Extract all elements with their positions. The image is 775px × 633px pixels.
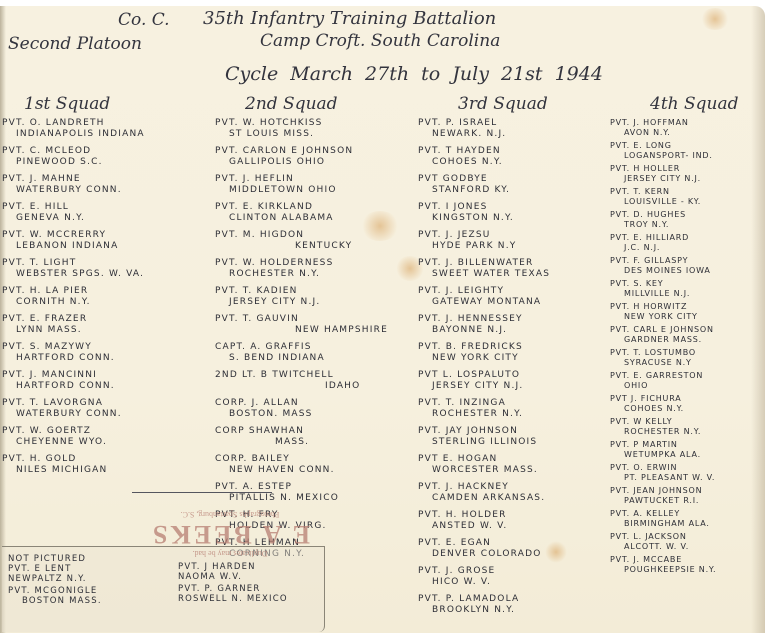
divider-line	[132, 492, 272, 493]
roster-entry: Pvt. Carlon E JohnsonGallipolis Ohio	[215, 146, 410, 168]
roster-entry: Corp. J. AllanBoston. Mass	[215, 398, 410, 420]
roster-entry: Pvt. T. KadienJersey City N.J.	[215, 286, 410, 308]
roster-entry: Pvt. E. HillGeneva N.Y.	[2, 202, 202, 224]
roster-entry: Pvt. O. ErwinPt. Pleasant W. V.	[610, 463, 760, 482]
roster-entry: Pvt. J. MancinniHartford Conn.	[2, 370, 202, 392]
roster-entry: Pvt. P. GarnerRoswell N. Mexico	[178, 584, 328, 604]
roster-entry: Pvt. L. JacksonAlcott. W. V.	[610, 532, 760, 551]
roster-entry: Corp. BaileyNew Haven Conn.	[215, 454, 410, 476]
roster-entry: Pvt. J. LeightyGateway Montana	[418, 286, 608, 308]
roster-entry: Pvt. Jean JohnsonPawtucket R.I.	[610, 486, 760, 505]
stain	[700, 8, 730, 30]
roster-entry: Pvt. E. HilliardJ.C. N.J.	[610, 233, 760, 252]
roster-entry: Pvt. E. LongLogansport- Ind.	[610, 141, 760, 160]
roster-entry: Pvt. Jay JohnsonSterling Illinois	[418, 426, 608, 448]
photo-back-paper: Co. C. 35th Infantry Training Battalion …	[0, 6, 765, 633]
roster-entry: Pvt. P. LamadolaBrooklyn N.Y.	[418, 594, 608, 616]
roster-entry: Capt. A. GraffisS. Bend Indiana	[215, 342, 410, 364]
roster-entry: Pvt. S. MazywyHartford Conn.	[2, 342, 202, 364]
roster-entry: Pvt. E. GarrestonOhio	[610, 371, 760, 390]
photographer-stamp: Duplicates may be had. E A BEEKS Photogr…	[125, 506, 335, 558]
roster-entry: Pvt. T. LavorgnaWaterbury Conn.	[2, 398, 202, 420]
roster-entry: Pvt. McGonigleBoston Mass.	[8, 586, 158, 606]
squad-3-title: 3rd Squad	[418, 94, 608, 114]
cycle-dates: Cycle March 27th to July 21st 1944	[225, 63, 603, 85]
roster-entry: Pvt. J HardenNaoma W.V.	[178, 562, 328, 582]
squad-4-column: 4th Squad Pvt. J. HoffmanAvon N.Y. Pvt. …	[610, 94, 760, 578]
platoon-label: Second Platoon	[8, 34, 142, 54]
roster-entry: Pvt. O. LandrethIndianapolis Indiana	[2, 118, 202, 140]
roster-entry: Pvt. W KellyRochester N.Y.	[610, 417, 760, 436]
squad-3-list: Pvt. P. IsraelNewark. N.J. Pvt. T Hayden…	[418, 118, 608, 616]
roster-entry: Pvt. T. GauvinNew Hampshire	[215, 314, 410, 336]
roster-entry: Pvt. W. HoldernessRochester N.Y.	[215, 258, 410, 280]
roster-entry: Pvt. W. McCrerryLebanon Indiana	[2, 230, 202, 252]
squad-2-list: Pvt. W. HotchkissSt Louis Miss. Pvt. Car…	[215, 118, 410, 560]
roster-entry: 2nd Lt. B TwitchellIdaho	[215, 370, 410, 392]
roster-entry: Pvt. J. HennesseyBayonne N.J.	[418, 314, 608, 336]
roster-entry: Pvt. T HaydenCohoes N.Y.	[418, 146, 608, 168]
roster-entry: Pvt. C. McLeodPinewood S.C.	[2, 146, 202, 168]
not-pictured-label: Not Pictured	[8, 554, 158, 564]
roster-entry: Pvt. T. LostumboSyracuse N.Y	[610, 348, 760, 367]
location-label: Camp Croft. South Carolina	[260, 31, 500, 51]
roster-entry: Pvt. J. JezsuHyde Park N.Y	[418, 230, 608, 252]
roster-entry: Pvt GodbyeStanford Ky.	[418, 174, 608, 196]
squad-1-title: 1st Squad	[2, 94, 202, 114]
roster-entry: Pvt. I JonesKingston N.Y.	[418, 202, 608, 224]
roster-entry: Pvt. P MartinWetumpka Ala.	[610, 440, 760, 459]
roster-entry: Pvt. E. FrazerLynn Mass.	[2, 314, 202, 336]
company-label: Co. C.	[118, 10, 170, 30]
roster-entry: Pvt. J. MahneWaterbury Conn.	[2, 174, 202, 196]
roster-entry: Pvt L. LospalutoJersey City N.J.	[418, 370, 608, 392]
roster-entry: Pvt. P. IsraelNewark. N.J.	[418, 118, 608, 140]
squad-4-list: Pvt. J. HoffmanAvon N.Y. Pvt. E. LongLog…	[610, 118, 760, 574]
unit-title: 35th Infantry Training Battalion	[203, 8, 496, 29]
roster-entry: Pvt. J. HoffmanAvon N.Y.	[610, 118, 760, 137]
roster-entry: Pvt. H HorwitzNew York City	[610, 302, 760, 321]
roster-entry: Pvt J. FichuraCohoes N.Y.	[610, 394, 760, 413]
roster-entry: Pvt. A. KelleyBirmingham Ala.	[610, 509, 760, 528]
squad-2-title: 2nd Squad	[215, 94, 410, 114]
roster-entry: Pvt. M. HigdonKentucky	[215, 230, 410, 252]
roster-entry: Pvt. J. BillenwaterSweet Water Texas	[418, 258, 608, 280]
roster-entry: Pvt. D. HughesTroy N.Y.	[610, 210, 760, 229]
roster-entry: Corp ShawhanMass.	[215, 426, 410, 448]
squad-3-column: 3rd Squad Pvt. P. IsraelNewark. N.J. Pvt…	[418, 94, 608, 622]
roster-entry: Pvt. J. HackneyCamden Arkansas.	[418, 482, 608, 504]
roster-entry: Pvt. J. HeflinMiddletown Ohio	[215, 174, 410, 196]
roster-entry: Pvt. A. EstepPitallis N. Mexico	[215, 482, 410, 504]
roster-entry: Pvt. H HollerJersey City N.J.	[610, 164, 760, 183]
roster-entry: Pvt. H. GoldNiles Michigan	[2, 454, 202, 476]
roster-entry: Pvt E. HoganWorcester Mass.	[418, 454, 608, 476]
squad-2-column: 2nd Squad Pvt. W. HotchkissSt Louis Miss…	[215, 94, 410, 566]
roster-entry: Pvt. W. GoertzCheyenne Wyo.	[2, 426, 202, 448]
roster-entry: Pvt. T. LightWebster Spgs. W. Va.	[2, 258, 202, 280]
squad-1-list: Pvt. O. LandrethIndianapolis Indiana Pvt…	[2, 118, 202, 476]
roster-entry: Pvt. H. La PierCornith N.Y.	[2, 286, 202, 308]
roster-entry: Pvt. W. HotchkissSt Louis Miss.	[215, 118, 410, 140]
roster-entry: Pvt. S. KeyMillville N.J.	[610, 279, 760, 298]
roster-entry: Pvt. E. KirklandClinton Alabama	[215, 202, 410, 224]
roster-entry: Pvt. J. GroseHico W. V.	[418, 566, 608, 588]
roster-entry: Pvt. Carl E JohnsonGardner Mass.	[610, 325, 760, 344]
roster-entry: Pvt. T. KernLouisville - Ky.	[610, 187, 760, 206]
not-pictured-right: Pvt. J HardenNaoma W.V. Pvt. P. GarnerRo…	[178, 562, 328, 606]
squad-1-column: 1st Squad Pvt. O. LandrethIndianapolis I…	[2, 94, 202, 482]
roster-entry: Pvt. T. InzingaRochester N.Y.	[418, 398, 608, 420]
squad-4-title: 4th Squad	[610, 94, 760, 114]
roster-entry: Pvt. E. EganDenver Colorado	[418, 538, 608, 560]
roster-entry: Pvt. B. FredricksNew York City	[418, 342, 608, 364]
not-pictured-left: Not Pictured Pvt. E LentNewpaltz N.Y. Pv…	[8, 554, 158, 608]
roster-entry: Pvt. H. HolderAnsted W. V.	[418, 510, 608, 532]
roster-entry: Pvt. E LentNewpaltz N.Y.	[8, 564, 158, 584]
roster-entry: Pvt. J. McCabePoughkeepsie N.Y.	[610, 555, 760, 574]
roster-entry: Pvt. F. GillaspyDes Moines Iowa	[610, 256, 760, 275]
